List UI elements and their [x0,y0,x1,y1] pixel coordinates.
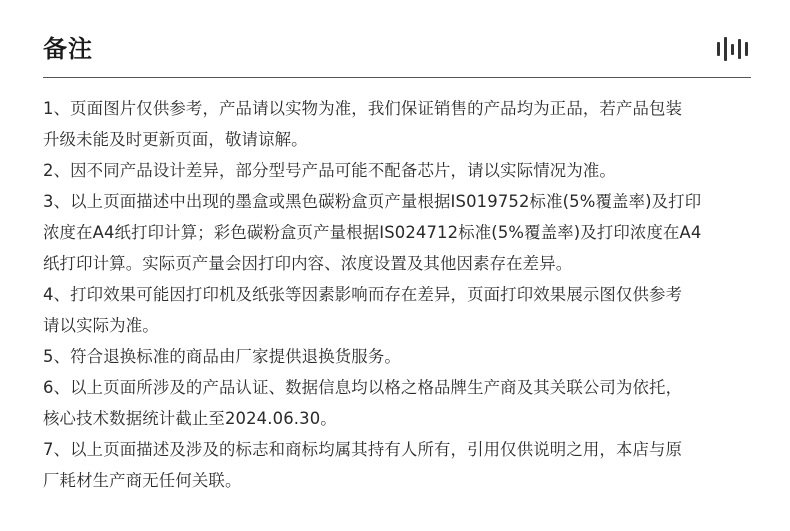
note-line: 1、页面图片仅供参考，产品请以实物为准，我们保证销售的产品均为正品，若产品包装 [43,93,763,124]
note-line: 请以实际为准。 [43,310,763,341]
note-line: 升级未能及时更新页面，敬请谅解。 [43,124,763,155]
note-line: 4、打印效果可能因打印机及纸张等因素影响而存在差异，页面打印效果展示图仅供参考 [43,279,763,310]
note-item-5: 5、符合退换标准的商品由厂家提供退换货服务。 [43,341,763,372]
note-item-3: 3、以上页面描述中出现的墨盒或黑色碳粉盒页产量根据IS019752标准(5%覆盖… [43,186,763,279]
note-line: 6、以上页面所涉及的产品认证、数据信息均以格之格品牌生产商及其关联公司为依托， [43,372,763,403]
header-divider [43,77,751,78]
note-line: 7、以上页面描述及涉及的标志和商标均属其持有人所有，引用仅供说明之用，本店与原 [43,434,763,465]
note-line: 核心技术数据统计截止至2024.06.30。 [43,403,763,434]
note-line: 3、以上页面描述中出现的墨盒或黑色碳粉盒页产量根据IS019752标准(5%覆盖… [43,186,763,217]
note-item-6: 6、以上页面所涉及的产品认证、数据信息均以格之格品牌生产商及其关联公司为依托， … [43,372,763,434]
audio-wave-icon [717,36,751,62]
note-line: 5、符合退换标准的商品由厂家提供退换货服务。 [43,341,763,372]
note-line: 浓度在A4纸打印计算；彩色碳粉盒页产量根据IS024712标准(5%覆盖率)及打… [43,217,763,248]
page-title: 备注 [43,32,93,66]
note-line: 纸打印计算。实际页产量会因打印内容、浓度设置及其他因素存在差异。 [43,248,763,279]
notes-list: 1、页面图片仅供参考，产品请以实物为准，我们保证销售的产品均为正品，若产品包装 … [43,93,763,496]
notes-header: 备注 [43,30,751,78]
note-item-1: 1、页面图片仅供参考，产品请以实物为准，我们保证销售的产品均为正品，若产品包装 … [43,93,763,155]
note-item-4: 4、打印效果可能因打印机及纸张等因素影响而存在差异，页面打印效果展示图仅供参考 … [43,279,763,341]
note-line: 2、因不同产品设计差异，部分型号产品可能不配备芯片，请以实际情况为准。 [43,155,763,186]
note-line: 厂耗材生产商无任何关联。 [43,465,763,496]
note-item-2: 2、因不同产品设计差异，部分型号产品可能不配备芯片，请以实际情况为准。 [43,155,763,186]
note-item-7: 7、以上页面描述及涉及的标志和商标均属其持有人所有，引用仅供说明之用，本店与原 … [43,434,763,496]
